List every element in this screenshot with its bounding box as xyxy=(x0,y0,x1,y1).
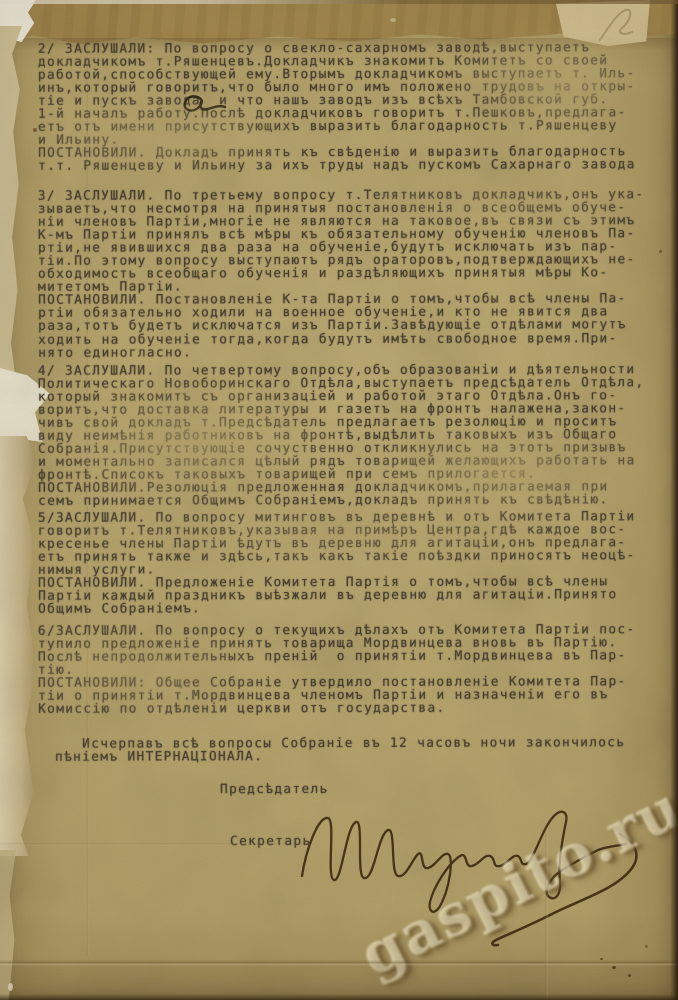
minutes-section-3: 3/ ЗАСЛУШАЛИ. По третьему вопросу т.Теля… xyxy=(38,188,645,359)
secretary-signature xyxy=(290,798,678,953)
minutes-section-5: 5/ЗАСЛУШАЛИ. По вопросу митинговъ въ дер… xyxy=(38,510,636,616)
stain-speck xyxy=(33,128,37,132)
archival-document-photo: 2/ ЗАСЛУШАЛИ: По вопросу о свекло-сахарн… xyxy=(0,0,678,1000)
chairman-label: Предсѣдатель xyxy=(220,783,329,796)
closing-statement: Исчерпавъ всѣ вопросы Собраніе въ 12 час… xyxy=(55,736,626,764)
minutes-section-4: 4/ ЗАСЛУШАЛИ. По четвертому вопросу,объ … xyxy=(38,363,645,508)
stain-speck xyxy=(600,958,603,960)
secretary-label: Секретарь xyxy=(230,835,312,848)
minutes-section-2: 2/ ЗАСЛУШАЛИ: По вопросу о свекло-сахарн… xyxy=(38,41,636,173)
photo-edge-bottom xyxy=(0,994,678,1000)
archive-watermark: gaspito.ru xyxy=(352,769,678,994)
stain-speck xyxy=(645,945,648,948)
minutes-section-6: 6/ЗАСЛУШАЛИ. По вопросу о текущихъ дѣлах… xyxy=(38,623,636,716)
photo-edge-right xyxy=(670,0,678,1000)
stain-speck xyxy=(659,250,662,253)
photo-edge-top xyxy=(0,0,678,4)
torn-edge-left-upper xyxy=(0,26,22,378)
torn-edge-left-lower xyxy=(0,436,38,856)
